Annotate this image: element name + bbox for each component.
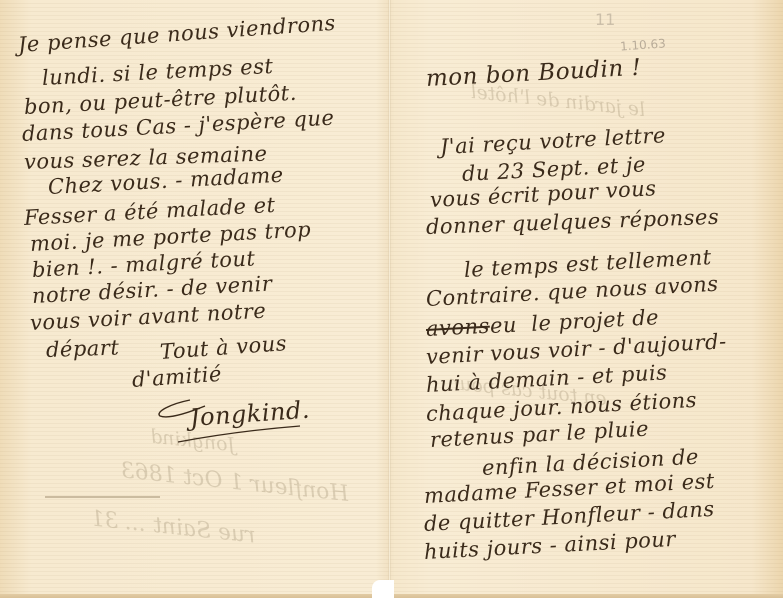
pencil-date-annotation: 1.10.63 <box>620 36 667 53</box>
letter-line: avons. <box>425 313 497 341</box>
letter-line: départ <box>46 335 120 362</box>
letter-line: Je pense que nous viendrons <box>17 11 336 57</box>
bleed-through-text: rue Saint ... 31 <box>89 506 257 548</box>
signature-flourish-icon <box>150 392 330 452</box>
bleed-through-underline <box>45 496 160 498</box>
paper-tear <box>372 580 394 610</box>
struck-word: avons <box>425 314 490 341</box>
closing-line: Tout à vous <box>159 331 288 364</box>
bleed-through-text: Honfleur 1 Oct 1863 <box>119 458 350 507</box>
closing-line: d'amitié <box>131 362 222 392</box>
letter-sheet: Jongkind Honfleur 1 Oct 1863 rue Saint .… <box>0 0 783 598</box>
pencil-mark: 11 <box>595 10 615 29</box>
right-page: 1.10.63 11 le jardin de l'hôtel en tout … <box>390 0 783 598</box>
left-page: Jongkind Honfleur 1 Oct 1863 rue Saint .… <box>0 0 389 598</box>
salutation: mon bon Boudin ! <box>425 55 642 92</box>
